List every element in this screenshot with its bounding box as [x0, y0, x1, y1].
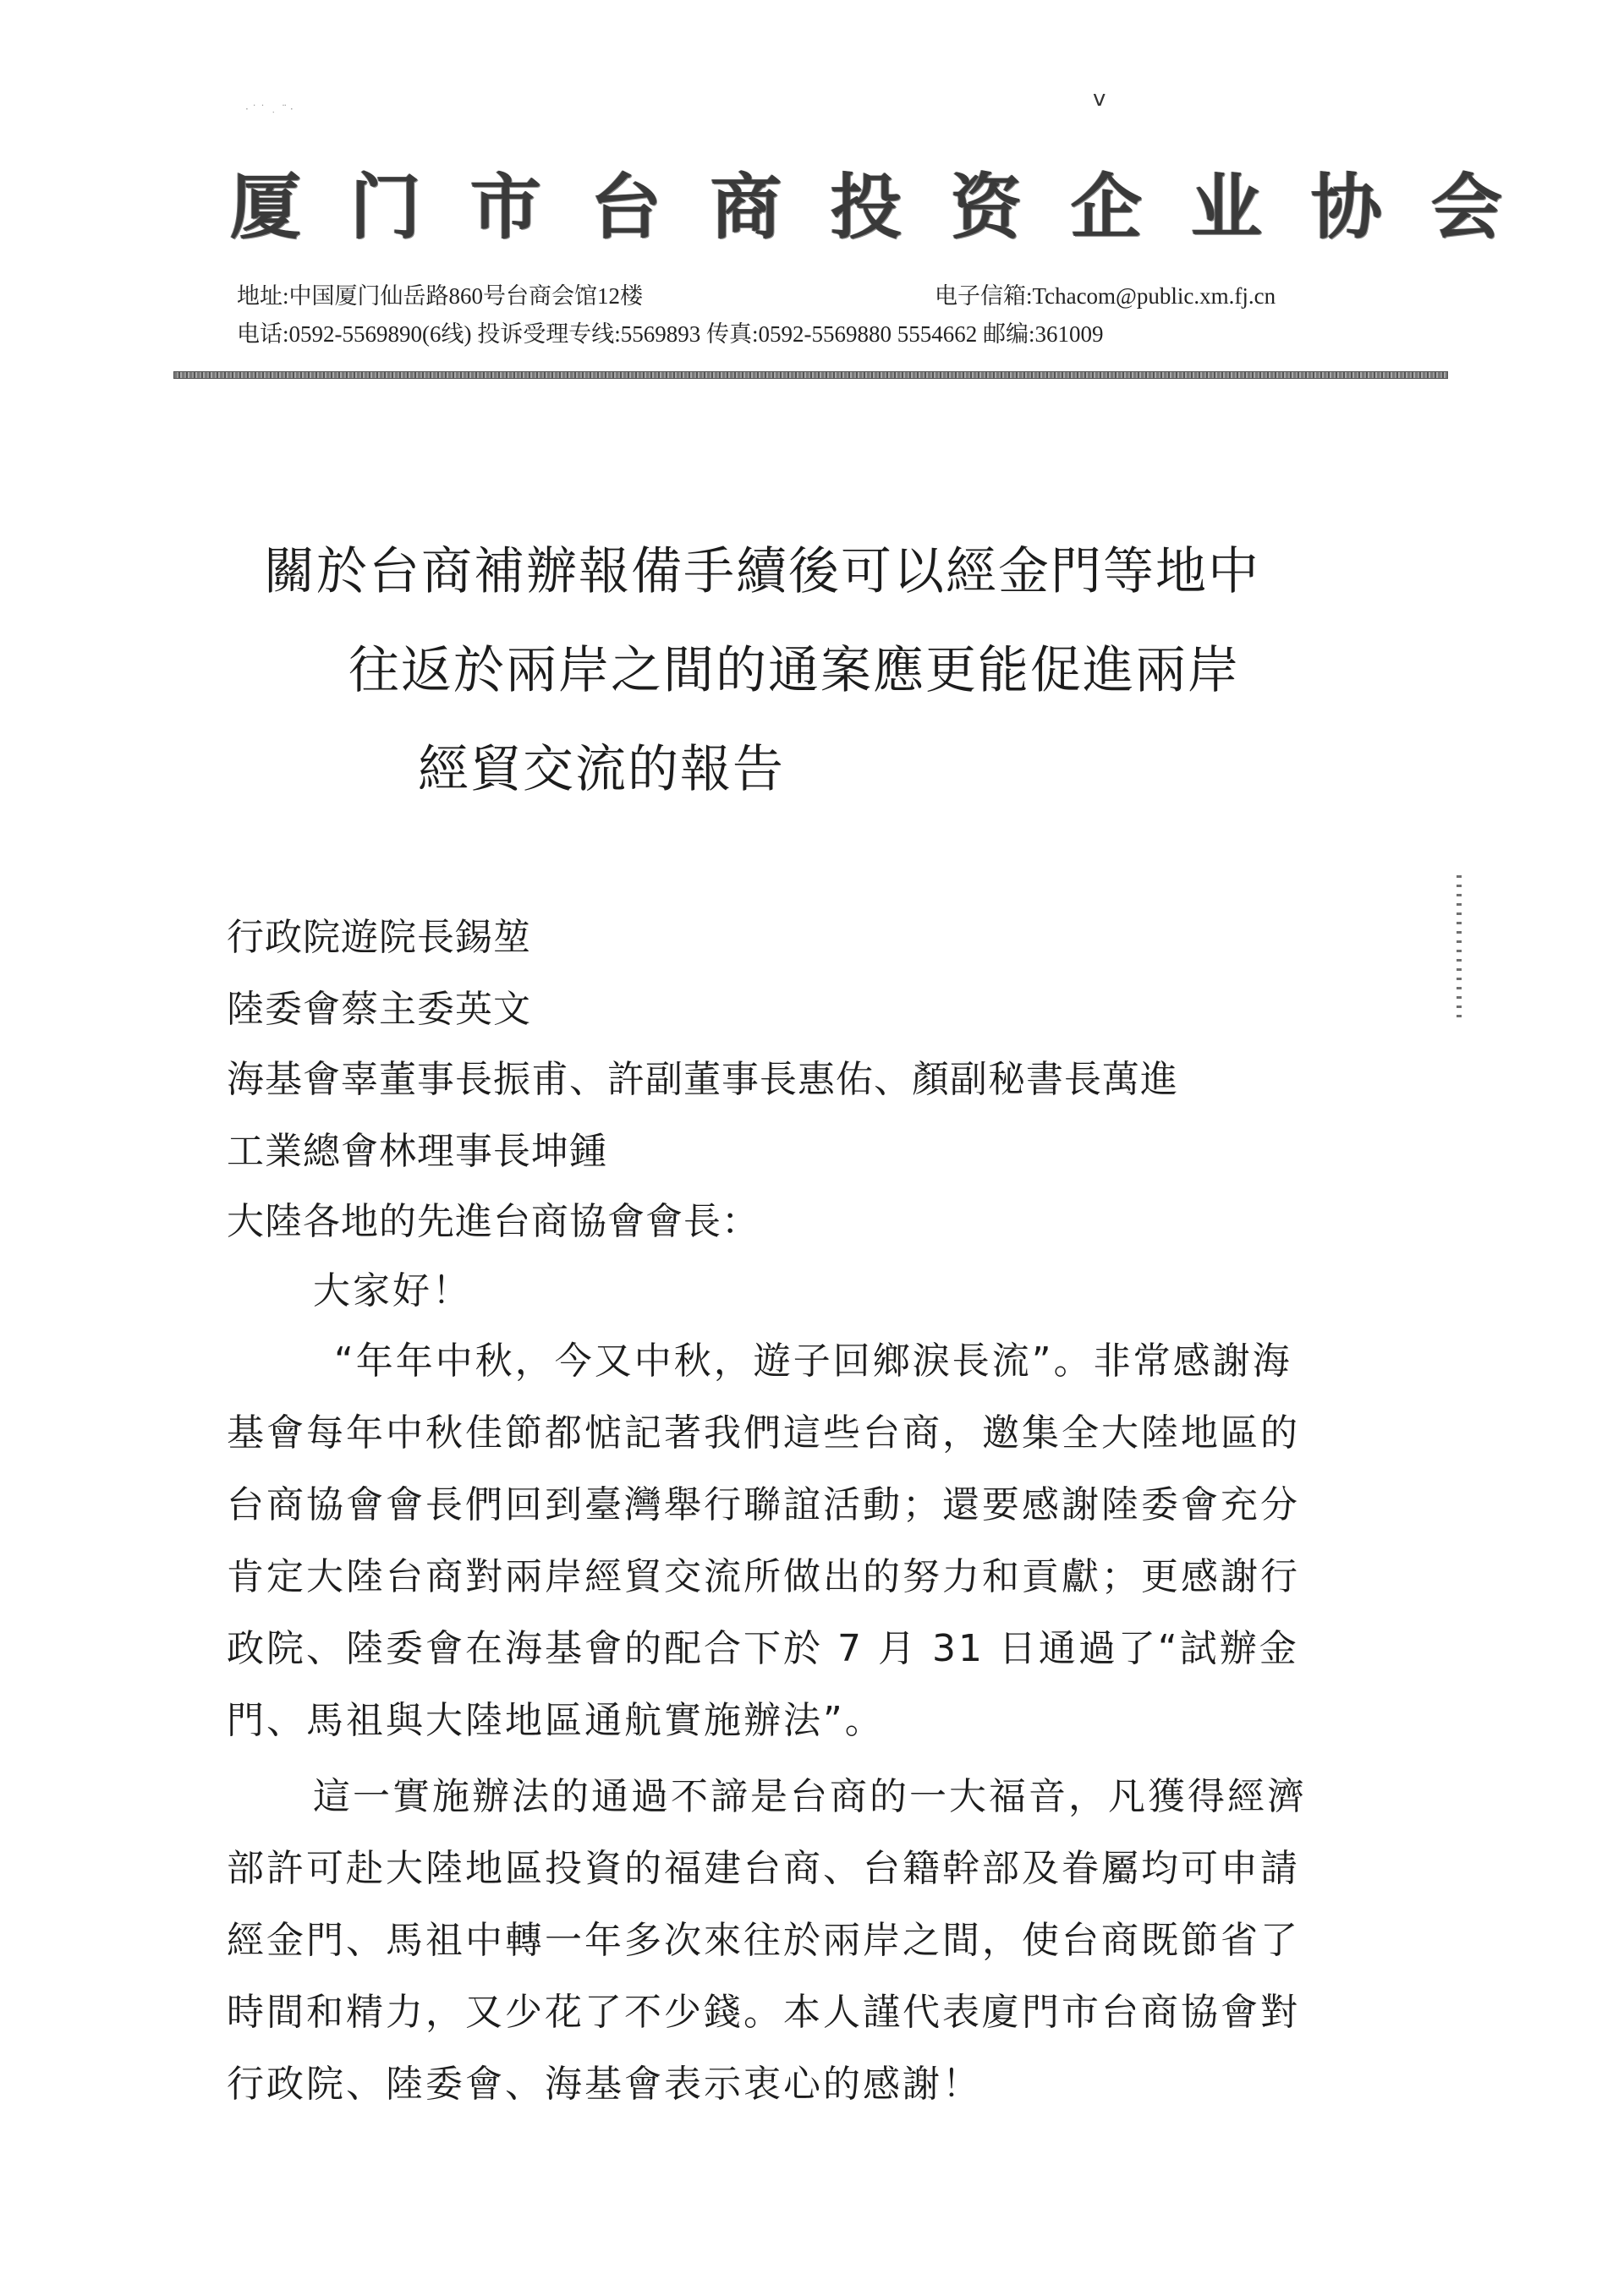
greeting: 大家好！	[313, 1260, 472, 1314]
paragraph-line: “年年中秋，今又中秋，遊子回鄉淚長流”。非常感謝海	[334, 1330, 1292, 1384]
title-line-3: 經貿交流的報告	[418, 729, 785, 802]
addressee: 行政院遊院長錫堃	[227, 907, 531, 961]
addressee: 陸委會蔡主委英文	[227, 978, 531, 1033]
paragraph-line: 經金門、馬祖中轉一年多次來往於兩岸之間，使台商既節省了	[227, 1910, 1300, 1964]
paragraph-line: 基會每年中秋佳節都惦記著我們這些台商，邀集全大陸地區的	[227, 1402, 1300, 1456]
paragraph-line: 門、馬祖與大陸地區通航實施辦法”。	[227, 1690, 885, 1744]
paragraph-line: 部許可赴大陸地區投資的福建台商、台籍幹部及眷屬均可申請	[227, 1838, 1300, 1892]
email-line: 电子信箱:Tchacom@public.xm.fj.cn	[935, 277, 1276, 310]
paragraph-line: 肯定大陸台商對兩岸經貿交流所做出的努力和貢獻；更感謝行	[227, 1546, 1300, 1600]
scan-noise: · ˙ ˙ ﹒ ¨ ·	[245, 101, 294, 116]
paragraph-line: 時間和精力，又少花了不少錢。本人謹代表廈門市台商協會對	[227, 1981, 1300, 2036]
addressee: 海基會辜董事長振甫、許副董事長惠佑、顏副秘書長萬進	[227, 1049, 1178, 1103]
organization-name: 厦门市台商投资企业协会	[230, 151, 1551, 253]
phone-fax-line: 电话:0592-5569890(6线) 投诉受理专线:5569893 传真:05…	[237, 315, 1103, 348]
check-mark: v	[1093, 86, 1106, 112]
paragraph-line: 政院、陸委會在海基會的配合下於 7 月 31 日通過了“試辦金	[227, 1618, 1299, 1672]
scan-margin-marks	[1457, 875, 1462, 1023]
paragraph-line: 這一實施辦法的通過不諦是台商的一大福音，凡獲得經濟	[313, 1766, 1307, 1820]
title-line-1: 關於台商補辦報備手續後可以經金門等地中	[264, 531, 1260, 604]
letterhead-divider	[173, 371, 1448, 379]
addressee: 工業總會林理事長坤鍾	[227, 1121, 607, 1175]
address-line: 地址:中国厦门仙岳路860号台商会馆12楼	[237, 277, 643, 310]
title-line-2: 往返於兩岸之間的通案應更能促進兩岸	[348, 630, 1240, 703]
paragraph-line: 台商協會會長們回到臺灣舉行聯誼活動；還要感謝陸委會充分	[227, 1474, 1300, 1528]
paragraph-line: 行政院、陸委會、海基會表示衷心的感謝！	[227, 2053, 982, 2107]
addressee: 大陸各地的先進台商協會會長：	[227, 1191, 760, 1245]
